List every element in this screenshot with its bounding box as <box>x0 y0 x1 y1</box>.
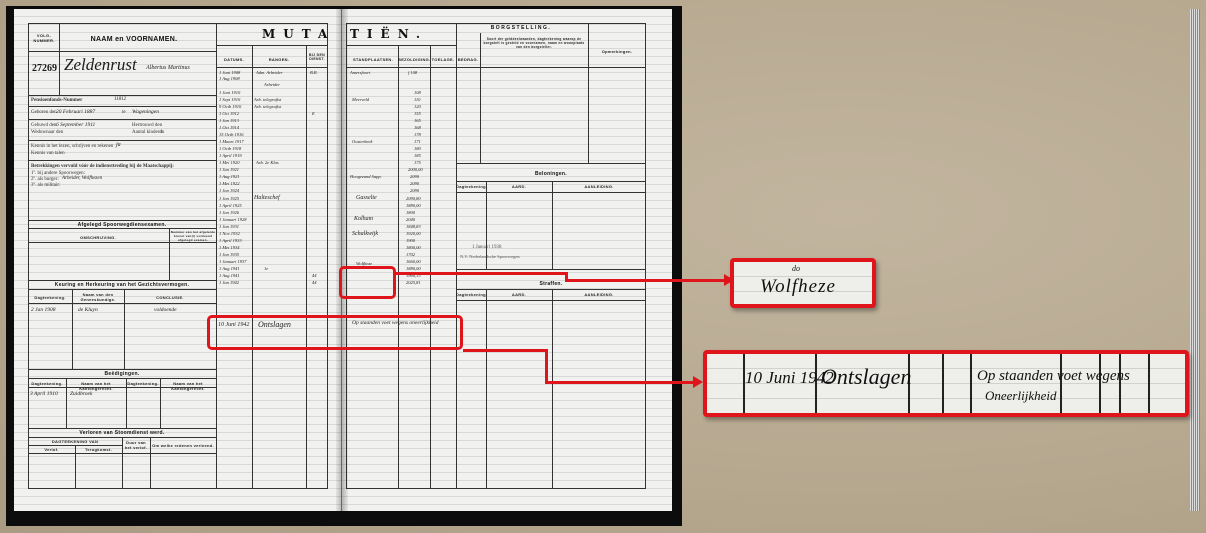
row-plaats: Hoogezand Sapp. <box>350 174 382 179</box>
keuring-row-date: 2 Jan 1908 <box>31 307 55 313</box>
row-date: 1 Oct 1912 <box>219 111 239 116</box>
row-bez: 168 <box>414 125 421 130</box>
row-date: 1 Jan 1935 <box>219 252 239 257</box>
beed-col-2: Naam van het Kantongerecht. <box>66 381 126 391</box>
divider <box>28 289 216 290</box>
row-rang: Arbeider <box>264 82 280 87</box>
divider <box>456 192 646 193</box>
volgnummer-value: 27269 <box>32 63 57 74</box>
row-bez: 180 <box>414 146 421 151</box>
borgstelling-title: BORGSTELLING. <box>456 25 586 31</box>
row-rang: Arb. telegrafist <box>254 97 281 102</box>
row-date: 1 April 1919 <box>219 153 242 158</box>
row-date: 1 Aug 1941 <box>219 266 240 271</box>
row-date: 15 Octb 1916 <box>219 132 244 137</box>
row-date: 1 Jan 1921 <box>219 167 239 172</box>
bel-col-aanleiding: AANLEIDING. <box>552 184 646 189</box>
borg-col-soort: Soort der gelddeelwaarden, dagteekening … <box>482 37 586 49</box>
beed-col-3: Dagteekening. <box>126 381 160 386</box>
divider <box>28 280 216 281</box>
row-bez: 171 <box>414 139 421 144</box>
divider <box>252 45 253 489</box>
kinderen-value: 1 <box>160 129 163 135</box>
divider <box>28 95 216 96</box>
verloren-col-duur: Duur van het verlof. <box>122 440 150 450</box>
divider <box>552 289 553 489</box>
divider <box>28 106 216 107</box>
col-standplaatsen: STANDPLAATSEN. <box>348 57 398 62</box>
divider <box>588 23 589 163</box>
column-divider <box>1148 354 1150 413</box>
row-bez: 2090,80 <box>406 196 421 201</box>
row-date: 9 Octb 1910 <box>219 104 241 109</box>
straf-col-aard: AARD. <box>486 292 552 297</box>
row-bez: 178 <box>414 132 421 137</box>
row-bez: f 108 <box>408 70 417 75</box>
row-bez: 1920,00 <box>406 231 421 236</box>
zoom-callout-wolfheze: do Wolfheze <box>730 258 876 308</box>
row-date: 1 Jan 1925 <box>219 196 239 201</box>
divider <box>456 289 646 290</box>
page-edge <box>1190 9 1200 511</box>
row-bez: 175 <box>414 160 421 165</box>
divider <box>28 160 216 161</box>
beed-row-date: 3 April 1910 <box>30 391 58 397</box>
betrekking-2-label: 2º. als burger: <box>31 177 59 182</box>
row-dienst: B.R. <box>310 70 318 75</box>
row-bez: 2090 <box>410 174 419 179</box>
divider <box>480 33 481 163</box>
connector-line <box>545 349 548 383</box>
divider <box>28 369 216 370</box>
pensioenfonds-label: Pensioenfonds-Nummer <box>31 98 82 103</box>
row-date: 1 Aug 1908 <box>219 76 240 81</box>
straf-col-dagteekening: Dagteekening. <box>456 292 486 297</box>
row-bez: 120 <box>414 104 421 109</box>
row-date: 1 Januari 1928 <box>219 217 247 222</box>
row-bez: 185 <box>414 153 421 158</box>
volgnummer-label: VOLG-NUMMER. <box>30 33 58 43</box>
row-bez: 1702 <box>406 252 415 257</box>
row-bez: 2040 <box>406 217 415 222</box>
connector-line <box>565 279 725 282</box>
row-plaats: Kolham <box>354 216 373 222</box>
highlight-wolfheze-source <box>339 266 396 299</box>
divider <box>28 119 216 120</box>
betrekking-2-value: Arbeider, Wolfhezen <box>62 176 102 181</box>
given-names: Albertus Martinus <box>146 65 190 71</box>
row-date: 1 Octb 1918 <box>219 146 241 151</box>
divider <box>28 220 216 221</box>
beedigingen-title: Beëdigingen. <box>28 371 216 377</box>
row-date: 1 Maart 1917 <box>219 139 244 144</box>
row-bez: 1880,00 <box>406 203 421 208</box>
divider <box>486 181 487 269</box>
highlight-ontslag-source <box>207 315 463 350</box>
mutatien-title-left: MUTA <box>262 27 335 41</box>
keuring-col-conclusie: CONCLUSIE. <box>124 295 216 300</box>
row-date: 1 Jan 1924 <box>219 188 239 193</box>
row-rang: Halteschef <box>254 195 280 201</box>
row-plaats: Oosterbeek <box>352 139 373 144</box>
verloren-col-terugkomst: Terugkomst. <box>75 447 122 452</box>
divider <box>28 228 216 229</box>
divider <box>346 67 646 68</box>
row-bez: 1880,00 <box>406 266 421 271</box>
row-date: 1 April 1933 <box>219 238 242 243</box>
beed-col-1: Dagteekening. <box>28 381 66 386</box>
row-date: 1 Oct 1914 <box>219 125 239 130</box>
divider <box>306 45 307 489</box>
verloren-title: Verloren van Stoomdienst werd. <box>28 430 216 436</box>
kennis-lezen-label: Kennis in het lezen, schrijven en rekene… <box>31 144 113 149</box>
row-date: 1 Nov 1932 <box>219 231 240 236</box>
row-date: 1 Juni 1910 <box>219 90 240 95</box>
divider <box>456 23 457 489</box>
row-date: 1 Jan 1942 <box>219 280 239 285</box>
keuring-col-naam: Naam van den Geneeskundige. <box>72 292 124 302</box>
divider <box>28 428 216 429</box>
connector-line <box>396 272 566 275</box>
divider <box>486 289 487 489</box>
row-rang: Arb. telegrafist <box>254 104 281 109</box>
row-bez: 155 <box>414 111 421 116</box>
connector-line <box>545 381 695 384</box>
beloningen-title: Beloningen. <box>456 171 646 177</box>
ledger-left-page: VOLG-NUMMER. NAAM en VOORNAMEN. 27269 Ze… <box>14 9 342 511</box>
verloren-col-verlof: Verlof. <box>28 447 75 452</box>
row-bez: 165 <box>414 118 421 123</box>
row-date: 1 Mei 1934 <box>219 245 240 250</box>
left-page-border <box>28 23 328 489</box>
divider <box>216 67 328 68</box>
row-bez: 1800 <box>406 210 415 215</box>
row-bez: 2090 <box>410 188 419 193</box>
row-dienst: 44 <box>312 280 317 285</box>
row-plaats: Gasselte <box>356 195 377 201</box>
col-toelage: TOELAGE. <box>430 57 456 62</box>
geboren-label: Geboren den <box>31 110 57 115</box>
hertrouwd-label: Hertrouwd den <box>132 123 162 128</box>
ontslag-reden-line2: Oneerlijkheid <box>985 388 1056 404</box>
geboren-te-label: te <box>122 110 126 115</box>
col-bezoldiging: BEZOLDIGING. <box>398 57 430 62</box>
divider <box>346 45 456 46</box>
bel-col-aard: AARD. <box>486 184 552 189</box>
divider <box>216 45 328 46</box>
row-bez: 2025,81 <box>406 280 421 285</box>
divider <box>28 387 216 388</box>
nummer-label: Nummer van het afgeleide brevet van(/) v… <box>170 230 216 242</box>
mutatien-title-right: TIËN. <box>350 27 428 41</box>
geboren-place: Wageningen <box>132 109 159 115</box>
book-binding <box>336 9 348 511</box>
divider <box>124 289 125 369</box>
divider <box>28 378 216 379</box>
row-date: 1 Mei 1920 <box>219 160 240 165</box>
column-divider <box>970 354 972 413</box>
divider <box>28 303 216 304</box>
ledger-right-page: TIËN. STANDPLAATSEN. BEZOLDIGING. TOELAG… <box>342 9 672 511</box>
ontslag-reden-line1: Op staanden voet wegens <box>977 368 1130 385</box>
keuring-col-dagteekening: Dagteekening. <box>28 295 72 300</box>
omschrijving-label: OMSCHRIJVING. <box>28 235 168 240</box>
bel-col-dagteekening: Dagteekening. <box>456 184 486 189</box>
row-date: 1 Mei 1922 <box>219 181 240 186</box>
connector-line <box>463 349 547 352</box>
wolfheze-text: Wolfheze <box>760 276 836 298</box>
row-rang: Arb. 2e Klas <box>256 160 279 165</box>
pensioenfonds-value: 11812 <box>114 97 126 102</box>
ditto-mark: do <box>792 264 800 273</box>
divider <box>456 181 646 182</box>
opmerkingen-label: Opmerkingen. <box>588 49 646 54</box>
row-date: 1 Jan 1931 <box>219 224 239 229</box>
row-date: 1 Juni 1908 <box>219 70 240 75</box>
kennis-talen-label: Kennis van talen <box>31 151 65 156</box>
divider <box>398 45 399 489</box>
verloren-col-redenen: Om welke redenen verleend. <box>150 443 216 448</box>
arrow-right-icon <box>693 376 703 388</box>
naam-label: NAAM en VOORNAMEN. <box>64 36 204 43</box>
gehuwd-label: Gehuwd den <box>31 123 56 128</box>
row-plaats: Schalkwijk <box>352 231 378 237</box>
keuring-row-conclusie: voldoende <box>154 307 177 313</box>
beed-row-name: Zuidbroek <box>70 391 92 397</box>
row-date: 1 Aug 1921 <box>219 174 240 179</box>
divider <box>28 242 216 243</box>
company-stamp: N.V. Nederlandsche Spoorwegen <box>460 254 520 259</box>
row-date: 1 Jan 1913 <box>219 118 239 123</box>
row-date: 1 April 1925 <box>219 203 242 208</box>
straf-col-aanleiding: AANLEIDING. <box>552 292 646 297</box>
divider <box>28 140 216 141</box>
betrekking-3-label: 3º. als militair: <box>31 183 60 188</box>
borg-col-bedrag: BEDRAG. <box>456 57 480 62</box>
betrekkingen-title: Betrekkingen vervuld vóór de indiensttre… <box>31 164 174 169</box>
divider <box>456 269 646 270</box>
row-bez: 1800,00 <box>406 245 421 250</box>
divider <box>456 163 646 164</box>
row-date: 1 Januari 1937 <box>219 259 247 264</box>
row-dienst: 44 <box>312 273 317 278</box>
row-bez: 1660,00 <box>406 259 421 264</box>
gehuwd-value: 6 September 1911 <box>56 122 95 128</box>
col-rangen: RANGEN. <box>252 57 306 62</box>
divider <box>28 51 216 52</box>
column-divider <box>942 354 944 413</box>
weduwnaar-label: Weduwnaar den <box>31 130 63 135</box>
row-bez: 1900 <box>406 238 415 243</box>
divider <box>59 23 60 95</box>
row-dienst: E <box>312 111 315 116</box>
row-plaats: Meerveld <box>352 97 369 102</box>
divider <box>456 300 646 301</box>
surname: Zeldenrust <box>64 55 137 75</box>
zoom-callout-ontslag: 10 Juni 1942 Ontslagen Op staanden voet … <box>703 350 1189 417</box>
row-date: 1 Aug 1941 <box>219 273 240 278</box>
row-rang: Adm. Arbeider <box>256 70 282 75</box>
keuring-title: Keuring en Herkeuring van het Gezichtsve… <box>28 282 216 288</box>
row-plaats: Amersfoort <box>350 70 370 75</box>
row-rang: 1e <box>264 266 268 271</box>
divider <box>552 181 553 269</box>
ontslag-rang: Ontslagen <box>821 364 911 390</box>
row-bez: 108 <box>414 90 421 95</box>
keuring-row-name: de Kluyn <box>78 307 98 313</box>
col-dienst: BIJ DEN DIENST. <box>306 53 328 61</box>
row-bez: 1848,83 <box>406 224 421 229</box>
row-bez: 110 <box>414 97 420 102</box>
divider <box>216 23 217 489</box>
row-bez: 2090 <box>410 181 419 186</box>
divider <box>28 453 216 454</box>
beed-col-4: Naam van het Kantongerecht. <box>160 381 216 391</box>
kennis-lezen-value: ja <box>116 142 121 148</box>
divider <box>430 45 431 489</box>
col-datums: DATUMS. <box>216 57 252 62</box>
row-date: 1 Jan 1926 <box>219 210 239 215</box>
row-bez: 2000,00 <box>408 167 423 172</box>
verloren-dagteekening-label: DAGTEEKENING VAN <box>28 439 122 444</box>
geboren-date: 20 Februari 1887 <box>56 109 95 115</box>
row-date: 1 Sept 1910 <box>219 97 240 102</box>
